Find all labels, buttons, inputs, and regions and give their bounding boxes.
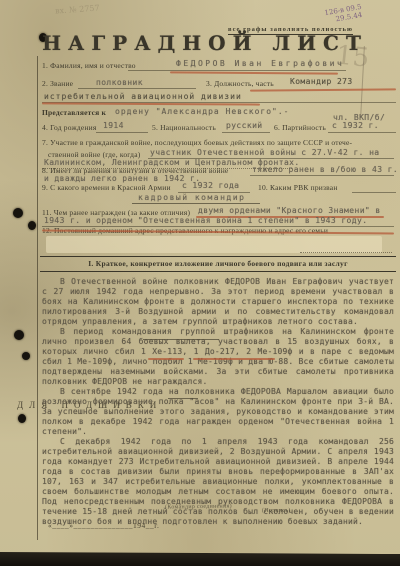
- citation-paragraph: С декабря 1942 года по 1 апреля 1943 год…: [42, 437, 394, 527]
- punch-hole: [14, 330, 24, 340]
- field11-value-line1: двумя орденами "Красного Знамени" в: [198, 206, 381, 215]
- presented-to-value: ордену "Александра Невского".-: [115, 107, 290, 116]
- field4-label: 4. Год рождения: [42, 123, 97, 132]
- citation-paragraph: В период командования группой штрафников…: [42, 327, 394, 387]
- citation-body: В Отечественной войне полковник ФЕДОРОВ …: [42, 277, 394, 527]
- underline: [132, 203, 260, 204]
- section-rule-top: [40, 256, 396, 257]
- document-title: НАГРАДНОЙ ЛИСТ: [40, 31, 370, 55]
- field9-label: 9. С какого времени в Красной Армии: [42, 183, 171, 192]
- signature-hint: (Подпись): [262, 508, 291, 514]
- underline: [143, 339, 219, 340]
- form-rule: [328, 131, 396, 133]
- field5-label: 5. Национальность: [152, 123, 216, 132]
- field8-value-line2: и дважды легко ранен в 1942 г.: [44, 174, 201, 183]
- field7-label-line1: 7. Участие в гражданской войне, последую…: [42, 138, 352, 147]
- citation-paragraph: В сентябре 1942 года на полковника ФЕДОР…: [42, 387, 394, 437]
- red-underline: [148, 358, 184, 360]
- field3-label: 3. Должность, часть: [206, 79, 274, 88]
- date-line: «____»______________194__г.: [48, 521, 159, 530]
- registry-number-annotation: вх. № 2757: [55, 3, 100, 15]
- punch-hole: [13, 208, 23, 218]
- field11-value-line2: 1943 г. и орденом "Отечественная война 1…: [44, 216, 367, 225]
- field9-value: с 1932 года: [182, 181, 239, 190]
- field2-label: 2. Звание: [42, 79, 73, 88]
- field7-value-line1: участник Отечественной войны с 27.V-42 г…: [150, 148, 380, 157]
- presented-to-label: Представляется к: [42, 108, 106, 117]
- field10-value: кадровый командир: [138, 193, 245, 202]
- form-rule: [78, 87, 196, 89]
- punch-hole: [22, 352, 30, 360]
- red-underline: [250, 88, 396, 91]
- form-rule: [96, 131, 148, 133]
- red-underline: [170, 71, 338, 74]
- form-rule: [352, 191, 396, 193]
- commander-signature-hint: (Командир соединения): [165, 503, 232, 510]
- section-title: I. Краткое, конкретное изложение личного…: [40, 259, 396, 268]
- form-rule: [128, 69, 346, 71]
- punch-hole: [28, 221, 36, 230]
- red-underline: [193, 358, 275, 360]
- field8-value-line1: тяжело ранен в в/бою в 43 г.: [252, 165, 398, 174]
- field1-label: 1. Фамилия, имя и отчество: [42, 61, 136, 70]
- field3-value-line2: истребительной авиационной дивизии: [44, 92, 242, 101]
- punch-hole: [18, 414, 26, 423]
- field5-value: русский: [226, 121, 263, 130]
- field1-value: ФЕДОРОВ Иван Евграфович: [176, 59, 344, 68]
- field6-label: 6. Партийность: [274, 123, 326, 132]
- form-rule: [300, 251, 392, 253]
- field6-value: с 1932 г.: [332, 121, 379, 130]
- scan-edge: [0, 552, 400, 566]
- underline: [168, 398, 198, 399]
- citation-paragraph: В Отечественной войне полковник ФЕДОРОВ …: [42, 277, 394, 327]
- field4-value: 1914: [103, 121, 124, 130]
- field2-value: полковник: [96, 78, 143, 87]
- form-rule: [250, 174, 394, 176]
- award-sheet-scan: ДЛЯ ПОДШИВКИ вх. № 2757 126-в 09.5 29.5.…: [0, 0, 400, 566]
- red-underline: [42, 102, 260, 105]
- field10-label: 10. Каким РВК призван: [258, 183, 338, 192]
- section-rule-bottom: [40, 271, 396, 272]
- field3-value: Командир 273: [290, 77, 353, 86]
- form-rule: [222, 131, 270, 133]
- left-margin-rule: [37, 56, 38, 540]
